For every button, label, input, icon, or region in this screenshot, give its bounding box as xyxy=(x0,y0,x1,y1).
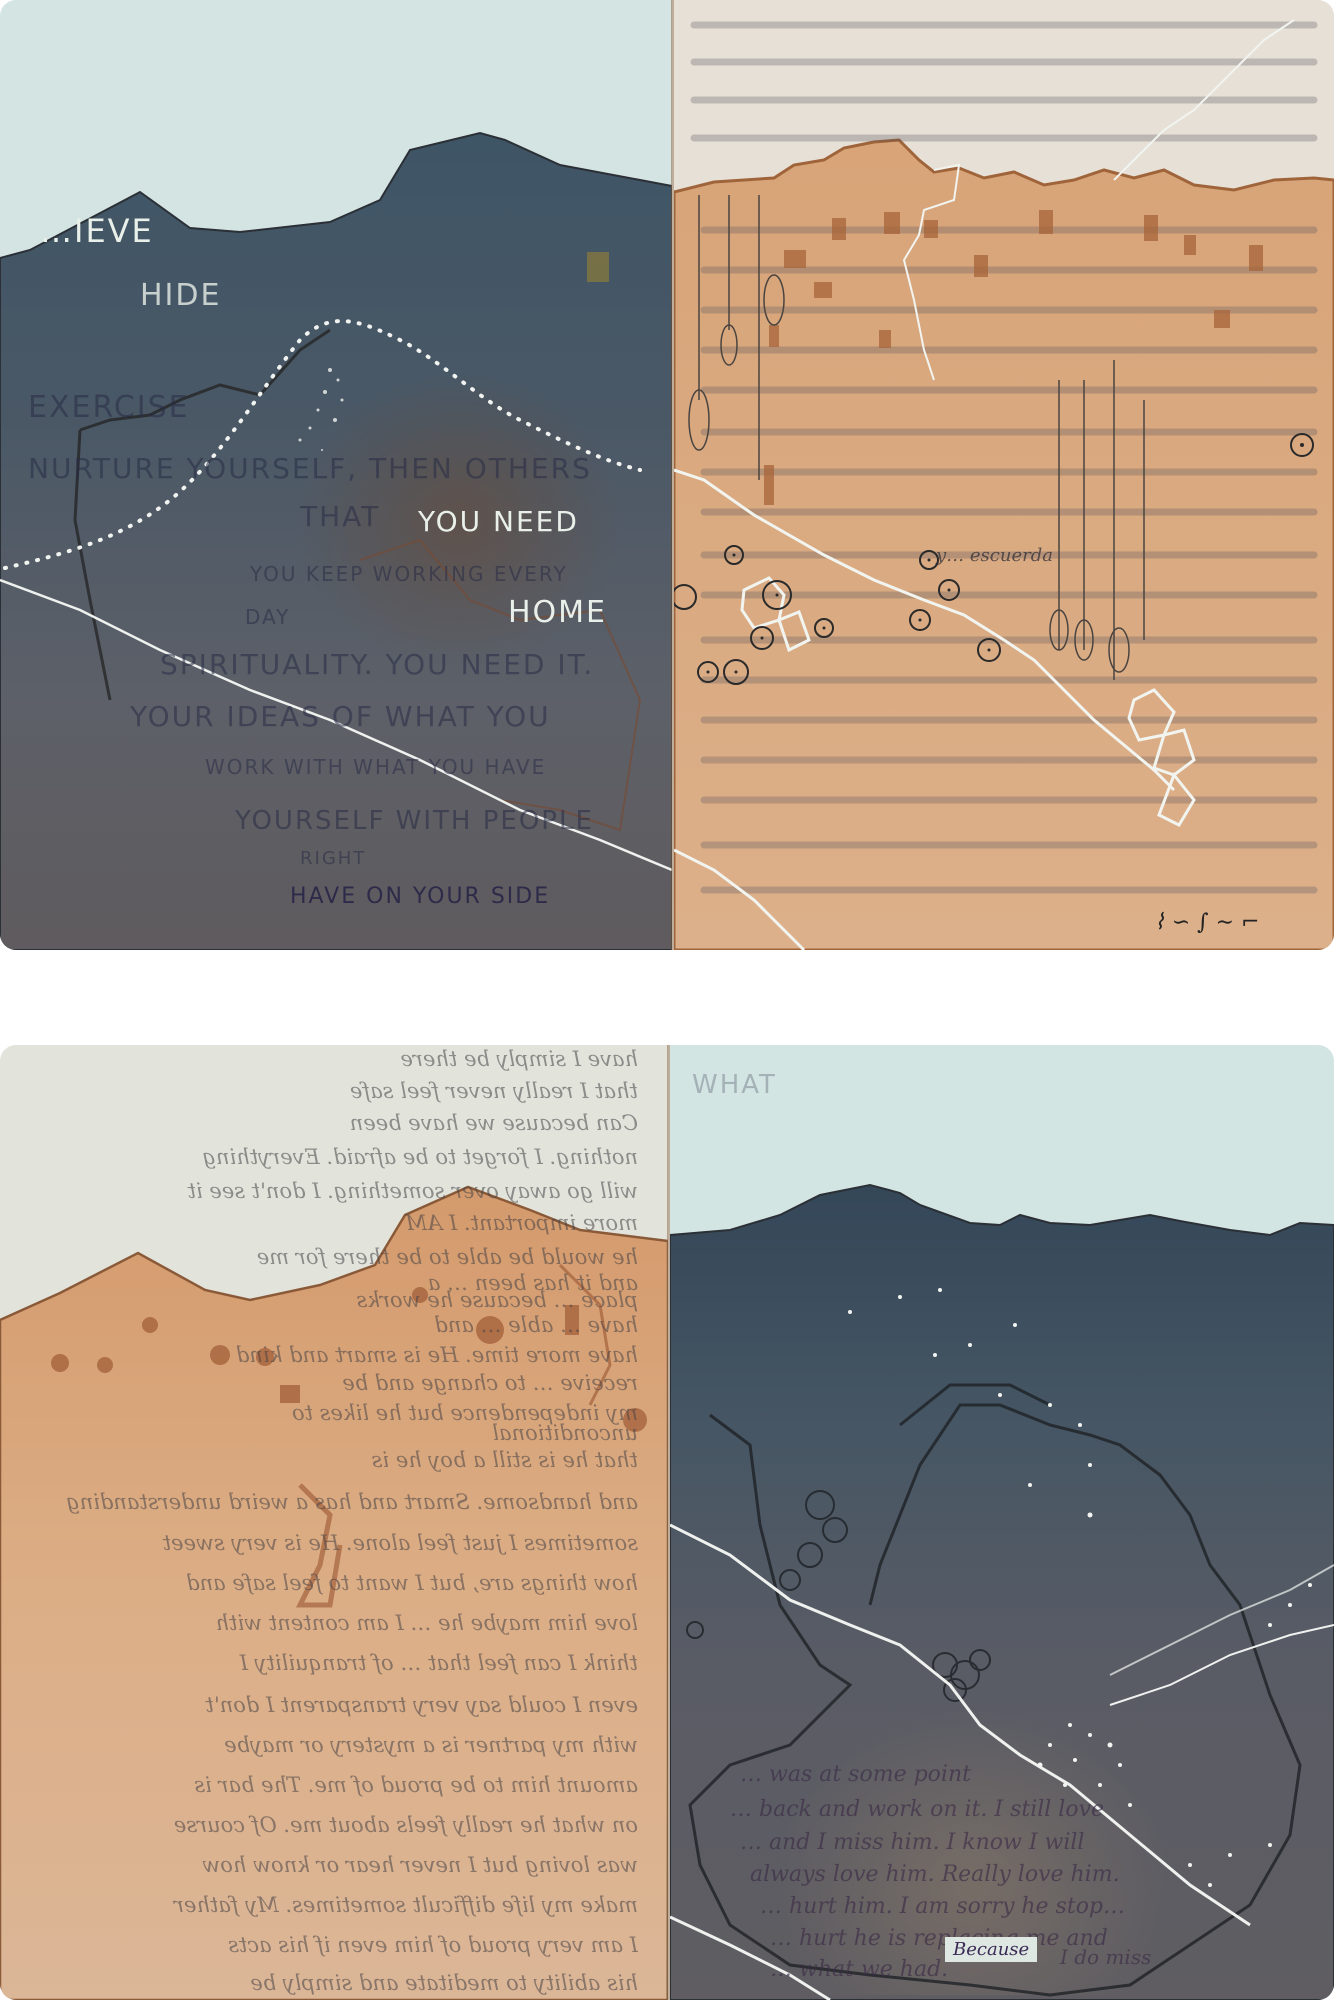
mirrored-line: how things are, but I want to feel safe … xyxy=(40,1563,638,1604)
mirrored-line: I am very proud of him even if his acts xyxy=(40,1925,638,1966)
bottom-left-page: have I simply be there that I really nev… xyxy=(0,1045,668,2000)
pencil-line: THAT xyxy=(300,500,380,533)
pencil-line: RIGHT xyxy=(300,848,366,869)
pencil-line: WORK WITH WHAT YOU HAVE xyxy=(205,755,546,779)
mirrored-line: make my life difficult sometimes. My fat… xyxy=(40,1885,638,1926)
mirrored-line: amount him to be proud of me. The bar is xyxy=(40,1765,638,1806)
pencil-line: YOUR IDEAS OF WHAT YOU xyxy=(130,700,551,733)
mirrored-line: that he is still a boy he is xyxy=(40,1440,638,1481)
chalk-word-you-need: YOU NEED xyxy=(418,505,579,538)
tan-paper-painting xyxy=(674,0,1334,950)
top-right-page: y… escuerda ⌇ ∽ ∫ ∼ ⌐ xyxy=(674,0,1334,950)
mirrored-line: think I can feel that … of tranquility I xyxy=(40,1643,638,1684)
chalk-word-believe: …IEVE xyxy=(40,212,154,250)
top-spread: …IEVE HIDE YOU NEED HOME EXERCISE NURTUR… xyxy=(0,0,1334,950)
visible-handwritten-word: y… escuerda xyxy=(936,536,1053,576)
mirrored-line: and handsome. Smart and has a weird unde… xyxy=(40,1482,638,1523)
pencil-line: DAY xyxy=(245,605,290,629)
top-left-page: …IEVE HIDE YOU NEED HOME EXERCISE NURTUR… xyxy=(0,0,672,950)
handwritten-line: I do miss xyxy=(1060,1937,1151,1977)
bottom-right-page: WHAT … was at some point … back and work… xyxy=(670,1045,1334,2000)
handwritten-line: … was at some point xyxy=(740,1755,971,1795)
pencil-line: YOU KEEP WORKING EVERY xyxy=(250,562,568,586)
pasted-word-label: Because xyxy=(945,1937,1037,1962)
artist-signature: ⌇ ∽ ∫ ∼ ⌐ xyxy=(1154,910,1259,935)
pencil-line: NURTURE YOURSELF, THEN OTHERS xyxy=(28,452,592,485)
mirrored-line: sometimes I just feel alone. He is very … xyxy=(40,1523,638,1564)
chalk-word-hide: HIDE xyxy=(140,278,221,313)
pencil-line: YOURSELF WITH PEOPLE xyxy=(235,806,594,836)
mirrored-line: with my partner is a mystery or maybe xyxy=(40,1725,638,1766)
chalk-word-home: HOME xyxy=(508,595,607,630)
bottom-spread: have I simply be there that I really nev… xyxy=(0,1045,1334,2000)
mirrored-line: even I could say very transparent I don'… xyxy=(40,1685,638,1726)
faint-pencil-word: WHAT xyxy=(692,1070,777,1100)
pencil-line: SPIRITUALITY. YOU NEED IT. xyxy=(160,648,594,681)
pencil-line: HAVE ON YOUR SIDE xyxy=(290,884,550,909)
mirrored-line: on what he really feels about me. Of cou… xyxy=(40,1805,638,1846)
mirrored-line: his ability to meditate and simply be xyxy=(40,1963,638,2000)
handwritten-line: … what we had. xyxy=(770,1950,948,1990)
mirrored-line: was loving but I never hear or know how xyxy=(40,1845,638,1886)
pencil-line: EXERCISE xyxy=(28,390,190,425)
mirrored-line: love him maybe he … I am content with xyxy=(40,1603,638,1644)
